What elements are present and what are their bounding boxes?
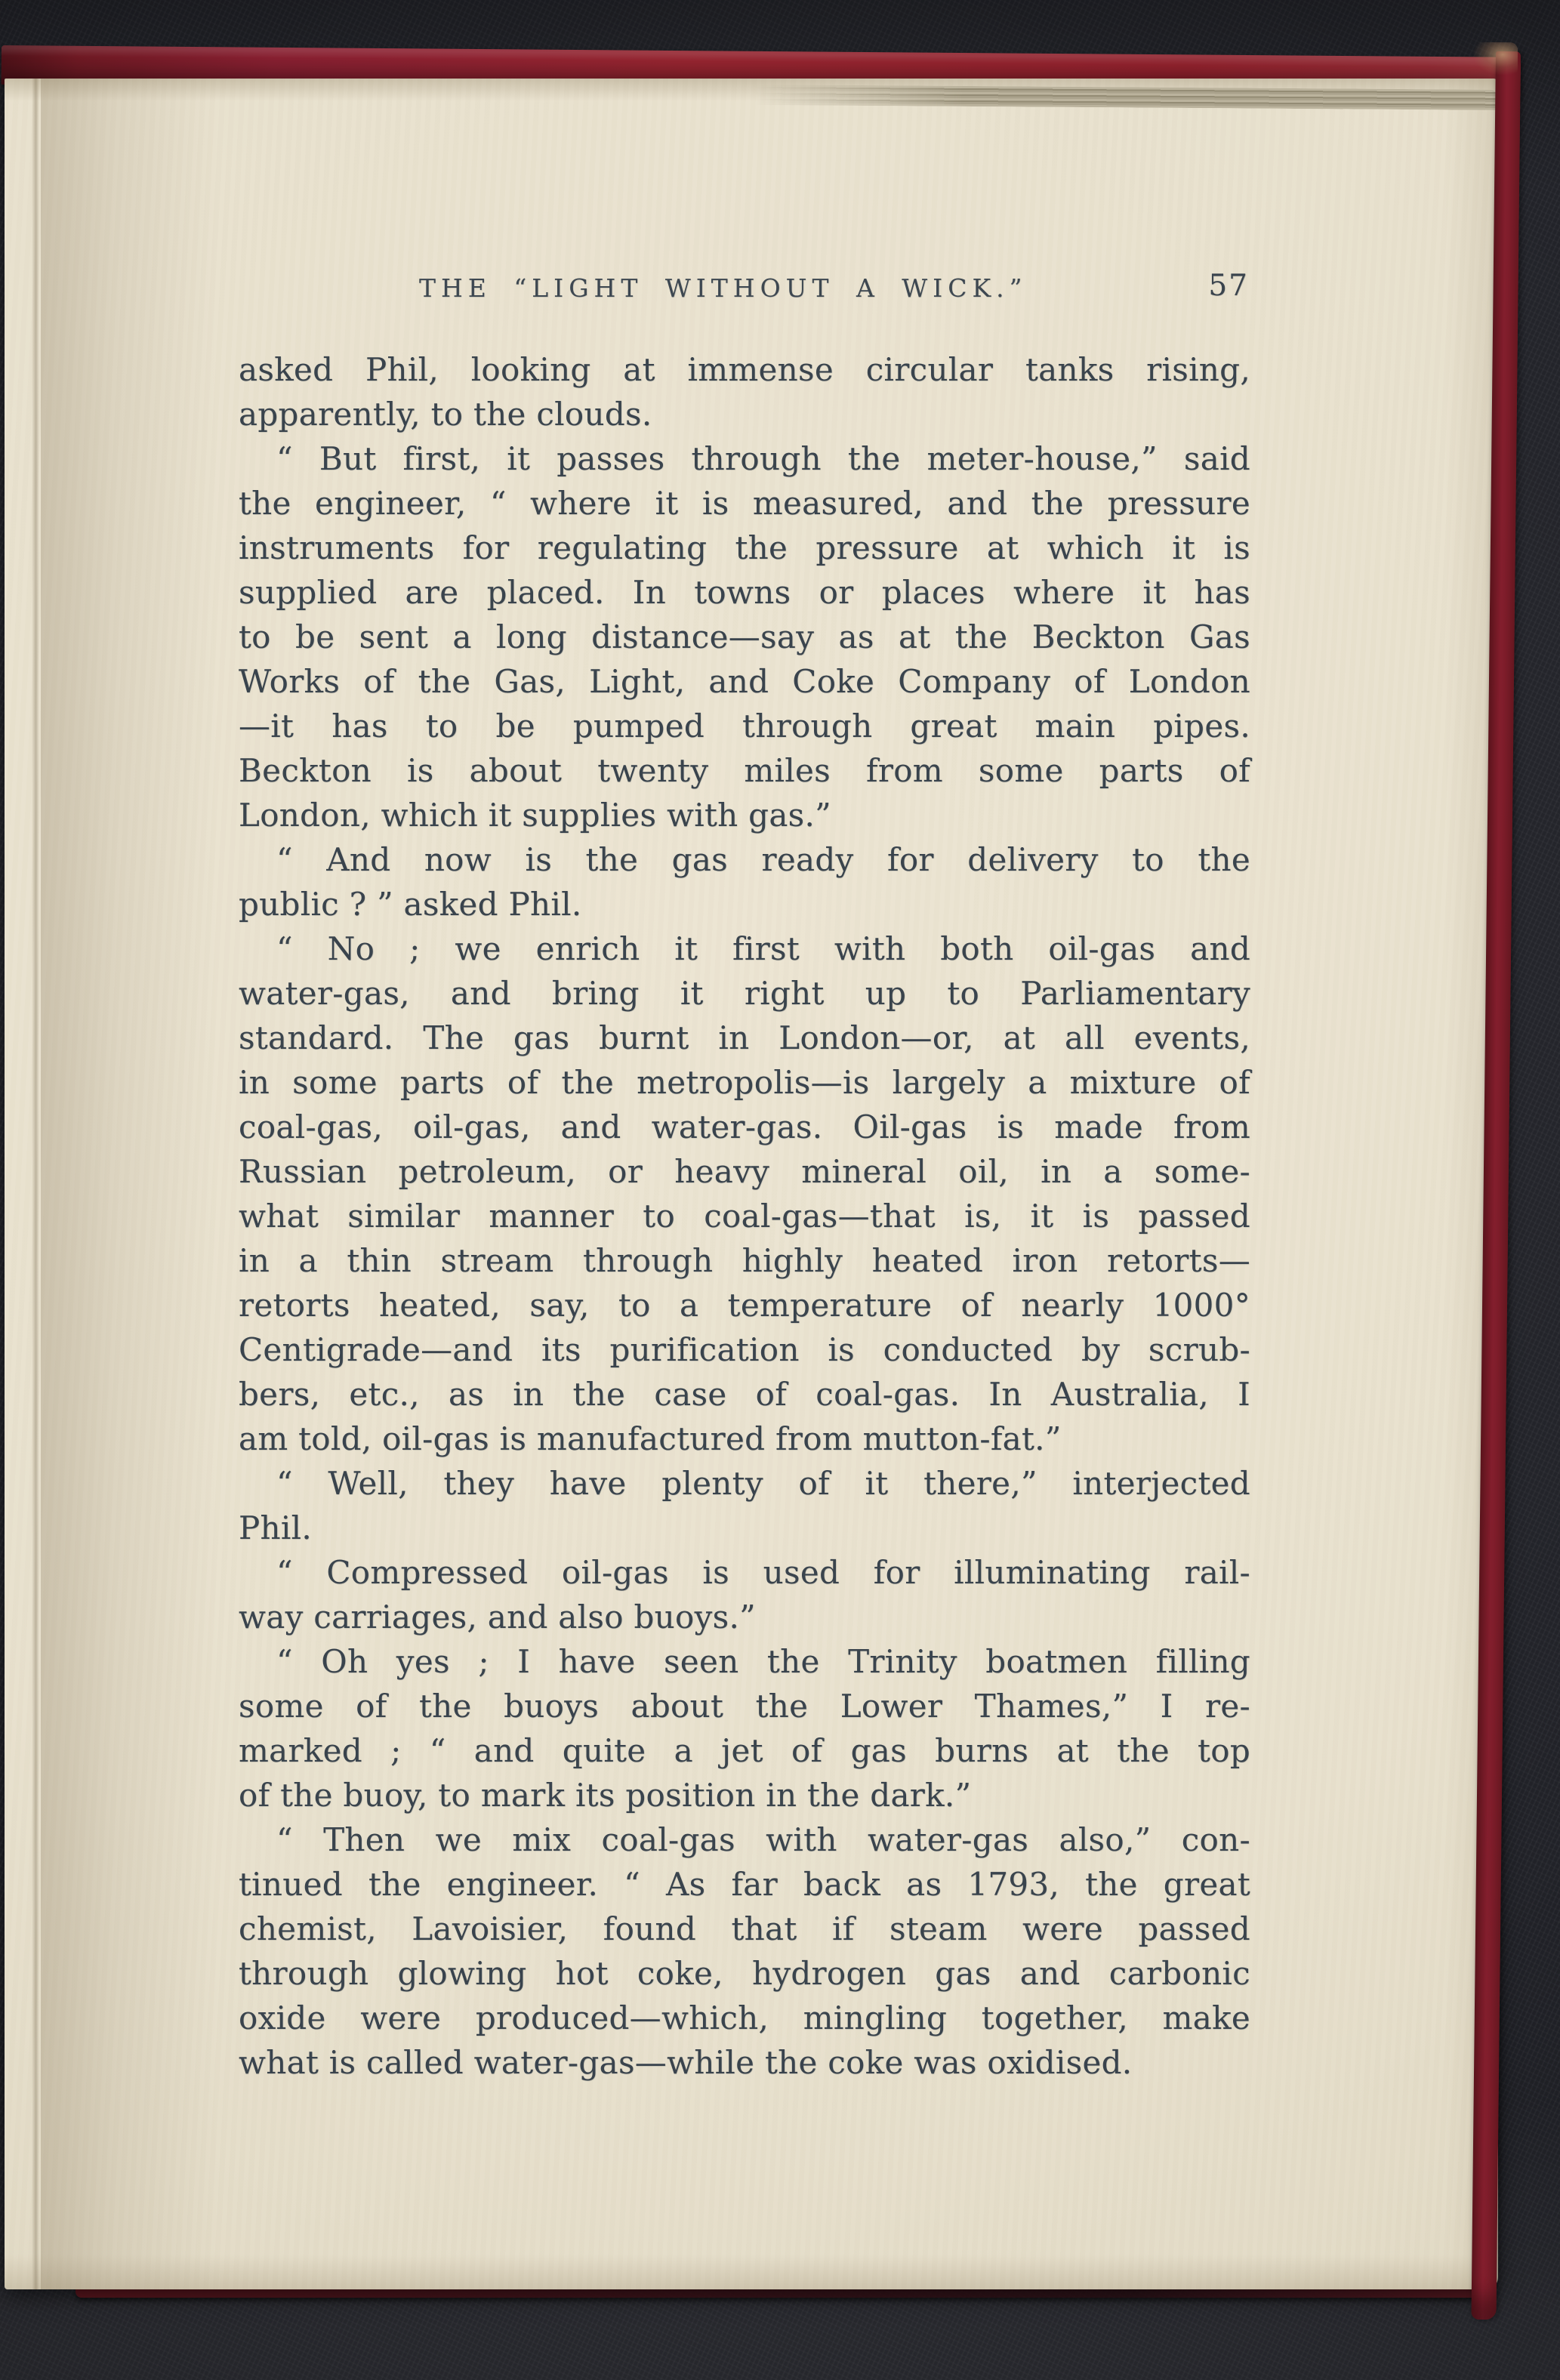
paragraph: “ No ; we enrich it first with both oil-… [239, 926, 1250, 1461]
text-line: Works of the Gas, Light, and Coke Compan… [239, 659, 1250, 704]
text-line: “ Then we mix coal-gas with water-gas al… [239, 1817, 1250, 1862]
text-line: Centigrade—and its purification is condu… [239, 1327, 1250, 1372]
text-line: water-gas, and bring it right up to Parl… [239, 971, 1250, 1016]
text-line: apparently, to the clouds. [239, 392, 1250, 436]
text-line: in a thin stream through highly heated i… [239, 1238, 1250, 1283]
text-line: retorts heated, say, to a temperature of… [239, 1283, 1250, 1327]
paragraph: asked Phil, looking at immense circular … [239, 347, 1250, 436]
text-line: what similar manner to coal-gas—that is,… [239, 1194, 1250, 1238]
text-line: tinued the engineer. “ As far back as 17… [239, 1862, 1250, 1907]
page-body: asked Phil, looking at immense circular … [239, 347, 1250, 2085]
book-photograph: THE “LIGHT WITHOUT A WICK.” 57 asked Phi… [0, 0, 1560, 2380]
text-line: oxide were produced—which, mingling toge… [239, 1996, 1250, 2040]
text-line: “ But first, it passes through the meter… [239, 436, 1250, 481]
text-line: supplied are placed. In towns or places … [239, 570, 1250, 615]
gutter-shadow [41, 79, 218, 2289]
text-line: “ And now is the gas ready for delivery … [239, 837, 1250, 882]
text-line: “ No ; we enrich it first with both oil-… [239, 926, 1250, 971]
running-header-title: THE “LIGHT WITHOUT A WICK.” [419, 273, 1027, 303]
text-line: “ Compressed oil-gas is used for illumin… [239, 1550, 1250, 1595]
text-line: standard. The gas burnt in London—or, at… [239, 1016, 1250, 1060]
text-line: of the buoy, to mark its position in the… [239, 1773, 1250, 1817]
text-line: chemist, Lavoisier, found that if steam … [239, 1907, 1250, 1951]
text-line: “ Well, they have plenty of it there,” i… [239, 1461, 1250, 1506]
text-line: through glowing hot coke, hydrogen gas a… [239, 1951, 1250, 1996]
text-line: way carriages, and also buoys.” [239, 1595, 1250, 1639]
page-number: 57 [1208, 269, 1249, 303]
paragraph: “ Oh yes ; I have seen the Trinity boatm… [239, 1639, 1250, 1817]
text-line: am told, oil-gas is manufactured from mu… [239, 1417, 1250, 1461]
paragraph: “ But first, it passes through the meter… [239, 436, 1250, 837]
paragraph: “ Then we mix coal-gas with water-gas al… [239, 1817, 1250, 2085]
text-line: to be sent a long distance—say as at the… [239, 615, 1250, 659]
text-line: coal-gas, oil-gas, and water-gas. Oil-ga… [239, 1105, 1250, 1149]
text-line: Beckton is about twenty miles from some … [239, 748, 1250, 793]
text-line: asked Phil, looking at immense circular … [239, 347, 1250, 392]
paragraph: “ Compressed oil-gas is used for illumin… [239, 1550, 1250, 1639]
page-fold-crease [32, 79, 39, 2289]
cover-corner-wear [1468, 42, 1518, 78]
text-line: Phil. [239, 1506, 1250, 1550]
running-header: THE “LIGHT WITHOUT A WICK.” 57 [239, 273, 1250, 313]
paragraph: “ And now is the gas ready for delivery … [239, 837, 1250, 926]
text-line: what is called water-gas—while the coke … [239, 2040, 1250, 2085]
text-line: “ Oh yes ; I have seen the Trinity boatm… [239, 1639, 1250, 1684]
text-line: Russian petroleum, or heavy mineral oil,… [239, 1149, 1250, 1194]
text-line: in some parts of the metropolis—is large… [239, 1060, 1250, 1105]
book-page: THE “LIGHT WITHOUT A WICK.” 57 asked Phi… [5, 79, 1498, 2289]
text-line: —it has to be pumped through great main … [239, 704, 1250, 748]
text-line: some of the buoys about the Lower Thames… [239, 1684, 1250, 1728]
text-line: instruments for regulating the pressure … [239, 526, 1250, 570]
text-line: marked ; “ and quite a jet of gas burns … [239, 1728, 1250, 1773]
text-line: the engineer, “ where it is measured, an… [239, 481, 1250, 526]
text-line: public ? ” asked Phil. [239, 882, 1250, 926]
text-line: bers, etc., as in the case of coal-gas. … [239, 1372, 1250, 1417]
text-line: London, which it supplies with gas.” [239, 793, 1250, 837]
paragraph: “ Well, they have plenty of it there,” i… [239, 1461, 1250, 1550]
